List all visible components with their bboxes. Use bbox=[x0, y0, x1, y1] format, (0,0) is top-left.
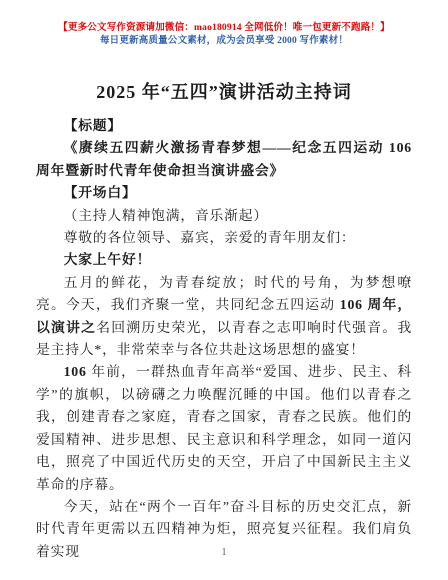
text-run-bold: 《赓续五四薪火激扬青春梦想——纪念五四运动 106 周年暨新时代青年使命担当演讲… bbox=[36, 140, 412, 177]
document-page: 【更多公文写作资源请加微信：mao180914 全网低价！唯一包更新不跑路！】 … bbox=[0, 0, 448, 580]
watermark-line2: 每日更新高质量公文素材，成为会员享受 2000 写作素材！ bbox=[0, 35, 448, 48]
paragraph: 【标题】 bbox=[36, 115, 412, 137]
paragraph: 106 年前，一群热血青年高举“爱国、进步、民主、科学”的旗帜，以磅礴之力唤醒沉… bbox=[36, 361, 412, 495]
text-run-bold: 大家上午好！ bbox=[64, 252, 152, 267]
text-run-bold: 【标题】 bbox=[64, 118, 122, 133]
document-title: 2025 年“五四”演讲活动主持词 bbox=[0, 79, 448, 105]
watermark-header: 【更多公文写作资源请加微信：mao180914 全网低价！唯一包更新不跑路！】 … bbox=[0, 0, 448, 48]
page-number: 1 bbox=[0, 547, 448, 559]
paragraph: 《赓续五四薪火激扬青春梦想——纪念五四运动 106 周年暨新时代青年使命担当演讲… bbox=[36, 137, 412, 182]
paragraph: 【开场白】 bbox=[36, 182, 412, 204]
paragraph: （主持人精神饱满，音乐渐起） bbox=[36, 205, 412, 227]
paragraph: 大家上午好！ bbox=[36, 249, 412, 271]
text-run-bold: 106 bbox=[64, 364, 87, 379]
document-body: 【标题】《赓续五四薪火激扬青春梦想——纪念五四运动 106 周年暨新时代青年使命… bbox=[0, 115, 448, 563]
text-run: 年前，一群热血青年高举“爱国、进步、民主、科学”的旗帜，以磅礴之力唤醒沉睡的中国… bbox=[36, 364, 412, 491]
text-run: 尊敬的各位领导、嘉宾，亲爱的青年朋友们： bbox=[64, 230, 356, 245]
paragraph: 尊敬的各位领导、嘉宾，亲爱的青年朋友们： bbox=[36, 227, 412, 249]
paragraph: 五月的鲜花，为青春绽放；时代的号角，为梦想嘹亮。今天，我们齐聚一堂，共同纪念五四… bbox=[36, 272, 412, 362]
watermark-line1: 【更多公文写作资源请加微信：mao180914 全网低价！唯一包更新不跑路！】 bbox=[0, 22, 448, 35]
text-run-bold: 【开场白】 bbox=[64, 185, 137, 200]
text-run: （主持人精神饱满，音乐渐起） bbox=[64, 208, 268, 223]
